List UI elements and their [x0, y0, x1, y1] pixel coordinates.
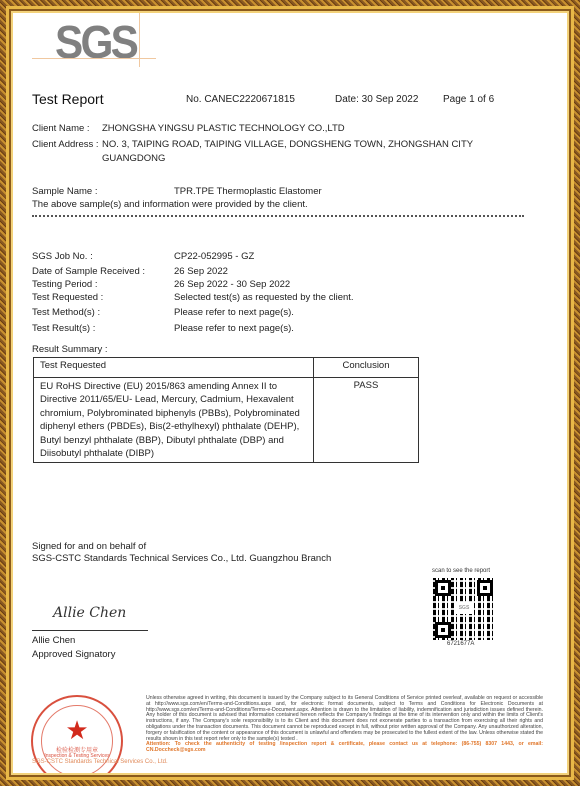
- detail-value: 26 Sep 2022: [174, 266, 228, 277]
- signatory-name: Allie Chen: [32, 635, 75, 646]
- qr-center-logo: SGS: [456, 602, 472, 614]
- client-address-label: Client Address :: [32, 139, 99, 150]
- detail-label: Test Method(s) :: [32, 307, 100, 318]
- report-number: No. CANEC2220671815: [186, 94, 295, 105]
- logo-guide-line: [139, 13, 140, 67]
- sgs-logo: SGS: [55, 15, 136, 69]
- authenticity-notice: Attention: To check the authenticity of …: [146, 741, 543, 753]
- issuing-company: SGS-CSTC Standards Technical Services Co…: [32, 553, 331, 564]
- qr-id: 6721677A: [447, 641, 474, 647]
- conclusion-cell: PASS: [314, 378, 419, 463]
- seal-bottom-text: SGS-CSTC Standards Technical Services Co…: [32, 759, 168, 765]
- terms-text: Unless otherwise agreed in writing, this…: [146, 695, 543, 742]
- result-summary-table: Test Requested Conclusion EU RoHS Direct…: [33, 357, 419, 463]
- detail-label: Test Result(s) :: [32, 323, 95, 334]
- logo-guide-line: [32, 58, 156, 59]
- table-row: EU RoHS Directive (EU) 2015/863 amending…: [34, 378, 419, 463]
- star-icon: ★: [33, 717, 121, 743]
- detail-label: Testing Period :: [32, 279, 97, 290]
- detail-value: Please refer to next page(s).: [174, 323, 294, 334]
- table-header-row: Test Requested Conclusion: [34, 358, 419, 378]
- signed-on-behalf: Signed for and on behalf of: [32, 541, 146, 552]
- test-requested-cell: EU RoHS Directive (EU) 2015/863 amending…: [34, 378, 314, 463]
- signature-line: [32, 630, 148, 631]
- sample-name-label: Sample Name :: [32, 186, 97, 197]
- result-summary-label: Result Summary :: [32, 344, 108, 355]
- detail-label: SGS Job No. :: [32, 251, 93, 262]
- column-header-conclusion: Conclusion: [314, 358, 419, 378]
- client-name-label: Client Name :: [32, 123, 90, 134]
- sample-note: The above sample(s) and information were…: [32, 199, 308, 210]
- detail-value: CP22-052995 - GZ: [174, 251, 254, 262]
- detail-label: Date of Sample Received :: [32, 266, 145, 277]
- detail-label: Test Requested :: [32, 292, 103, 303]
- terms-fine-print: Unless otherwise agreed in writing, this…: [146, 696, 543, 754]
- handwritten-signature: Allie Chen: [53, 605, 126, 621]
- report-page: SGS Test Report No. CANEC2220671815 Date…: [13, 13, 567, 773]
- qr-code-icon[interactable]: SGS: [433, 578, 495, 640]
- detail-value: 26 Sep 2022 - 30 Sep 2022: [174, 279, 290, 290]
- detail-value: Please refer to next page(s).: [174, 307, 294, 318]
- client-address-line2: GUANGDONG: [102, 153, 165, 164]
- signatory-role: Approved Signatory: [32, 649, 115, 660]
- client-address: NO. 3, TAIPING ROAD, TAIPING VILLAGE, DO…: [102, 139, 473, 150]
- sample-name: TPR.TPE Thermoplastic Elastomer: [174, 186, 322, 197]
- detail-value: Selected test(s) as requested by the cli…: [174, 292, 354, 303]
- qr-caption: scan to see the report: [432, 568, 490, 574]
- client-name: ZHONGSHA YINGSU PLASTIC TECHNOLOGY CO.,L…: [102, 123, 345, 134]
- report-date: Date: 30 Sep 2022: [335, 94, 418, 105]
- page-indicator: Page 1 of 6: [443, 94, 494, 105]
- column-header-test: Test Requested: [34, 358, 314, 378]
- report-title: Test Report: [32, 91, 104, 107]
- divider: [32, 215, 524, 217]
